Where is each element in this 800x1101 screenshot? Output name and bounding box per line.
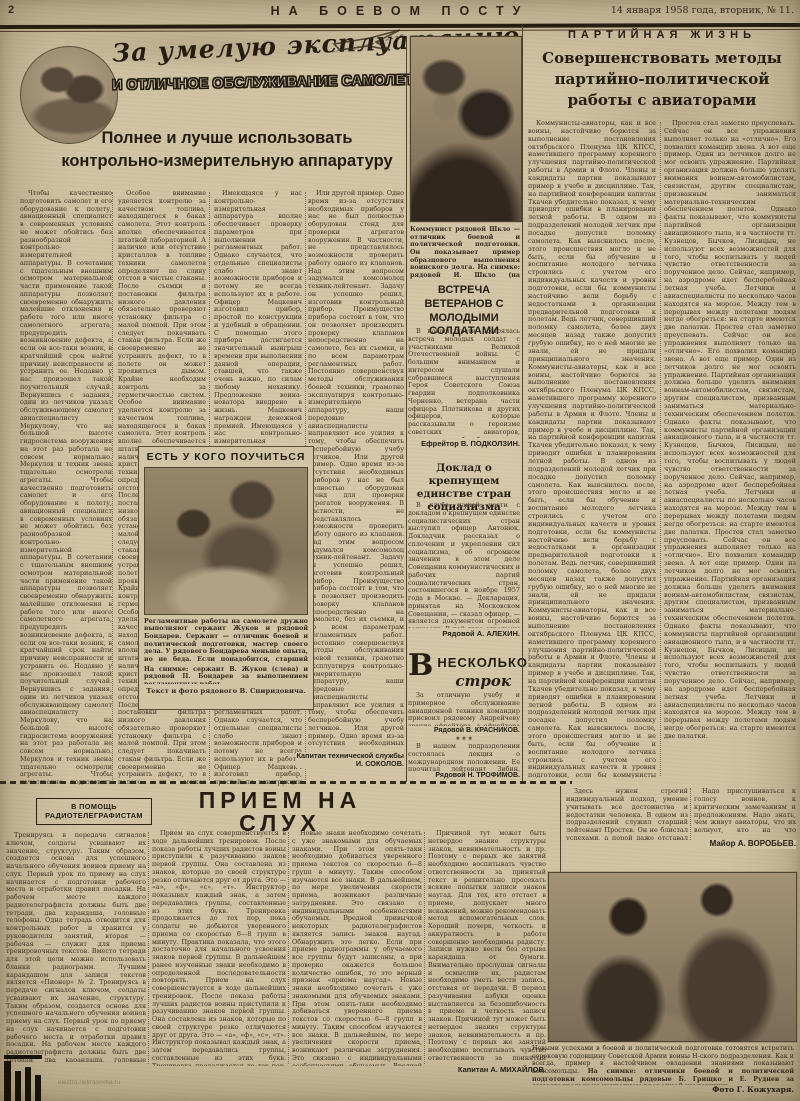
feature-box-photo [144,467,308,615]
column-rule [424,832,425,1064]
veterans-byline: Ефрейтор В. ПОДКОЛЗИН. [408,440,520,448]
party-headline: Совершенствовать методы партийно-политич… [528,48,796,111]
column-rule [660,122,661,776]
feature-box-title: ЕСТЬ У КОГО ПОУЧИТЬСЯ [144,451,308,464]
briefs-title-script: строк [455,672,511,690]
party-byline: Майор А. ВОРОБЬЕВ. [664,840,796,849]
briefs-initial: В [408,652,433,679]
radio-byline: Капитан А. МИХАЙЛОВ. [418,1066,546,1074]
lead-signature: Капитан технической службы И. СОКОЛОВ. [296,752,404,768]
report-body: В клубе нашей части с докладом о крепнущ… [408,502,520,628]
party-column-1-cont: Здесь нужен строгий индивидуальный подхо… [566,788,688,840]
wavy-divider [0,781,572,784]
report-byline: Рядовой А. АЛЕХИН. [408,630,520,638]
lead-column-1: Чтобы качественно подготовить самолет и … [20,190,112,786]
newspaper-page: 2 НА БОЕВОМ ПОСТУ 14 января 1958 года, в… [0,0,800,1101]
library-stamp-icon [4,1058,58,1101]
rifle-photo-caption: Коммунист рядовой Шкло — отличник боевой… [410,226,520,280]
briefs-byline-1: Рядовой В. КРАСНИКОВ. [408,727,520,735]
lead-column-4: Или другой пример. Одно время из-за отсу… [308,190,404,748]
briefs-separator: * * * [408,736,520,743]
bottom-photo-caption: Новыми успехами в боевой и политической … [532,1045,794,1085]
radio-label-box: В ПОМОЩЬ РАДИОТЕЛЕГРАФИСТАМ [36,798,152,825]
party-column-1: Коммунисты-авиаторы, как и все воины, на… [528,120,656,778]
feature-box-credit: Текст и фото рядового В. Спиридовича. [144,687,308,695]
radio-column-1: Тренируясь в передаче сигналов ключом, с… [6,832,146,1062]
section-rule-right [522,28,523,782]
radio-headline: ПРИЕМ НА СЛУХ [158,789,402,835]
briefs-header: В НЕСКОЛЬКО строк [408,652,520,690]
feature-box-note: На снимке: сержант В. Жуков (слева) и ря… [144,666,308,684]
bottom-photo-credit: Фото Г. Кожухаря. [664,1086,794,1094]
column-rule [148,832,149,1064]
signature-name: И. СОКОЛОВ. [356,759,404,768]
column-rule [112,192,113,780]
party-column-2: Простев стал заметно преуспевать. Сейчас… [664,120,796,778]
airplane-sketch-icon [330,24,406,58]
briefs-title: НЕСКОЛЬКО [437,655,528,670]
section-rule-left [406,36,407,782]
briefs-byline-2: Рядовой Н. ТРОФИМОВ. [408,772,520,780]
banner-caps-text: И ОТЛИЧНОЕ ОБСЛУЖИВАНИЕ САМОЛЕТОВ [112,73,412,93]
veterans-body: В нашей части состоялась встреча молодых… [408,328,520,438]
briefs-item-1: За отличную учебу и примерное обслуживан… [408,692,520,726]
party-kicker: ПАРТИЙНАЯ ЖИЗНЬ [528,30,796,41]
radio-column-2: Прием на слух совершенствуется в ходе да… [152,830,286,1066]
band-rule [560,786,561,872]
lead-headline: Полнее и лучше использовать контрольно-и… [52,127,402,173]
radio-column-4: Причиной тут может быть нетвердое знание… [428,830,546,1060]
feature-box: ЕСТЬ У КОГО ПОУЧИТЬСЯ Регламентные работ… [138,446,314,710]
column-rule [288,832,289,1064]
scan-watermark-url: electro.nekrasovka.ru [58,1080,120,1087]
feature-box-caption: Регламентные работы на самолете дружно в… [144,618,308,664]
column-rule [690,788,691,842]
radio-label-line1: В ПОМОЩЬ [71,802,117,811]
briefs-item-2: В нашем подразделении состоялась лекция … [408,743,520,771]
issue-dateline: 14 января 1958 года, вторник, № 11. [611,6,794,16]
radio-column-3: Новые знаки необходимо сочетать с уже зн… [292,830,422,1066]
party-column-2-cont: Надо прислушиваться к голосу воинов, к к… [694,788,796,834]
rifle-training-photo [410,36,522,222]
radio-label-line2: РАДИОТЕЛЕГРАФИСТАМ [45,811,143,820]
engine-study-photo [548,872,797,1042]
